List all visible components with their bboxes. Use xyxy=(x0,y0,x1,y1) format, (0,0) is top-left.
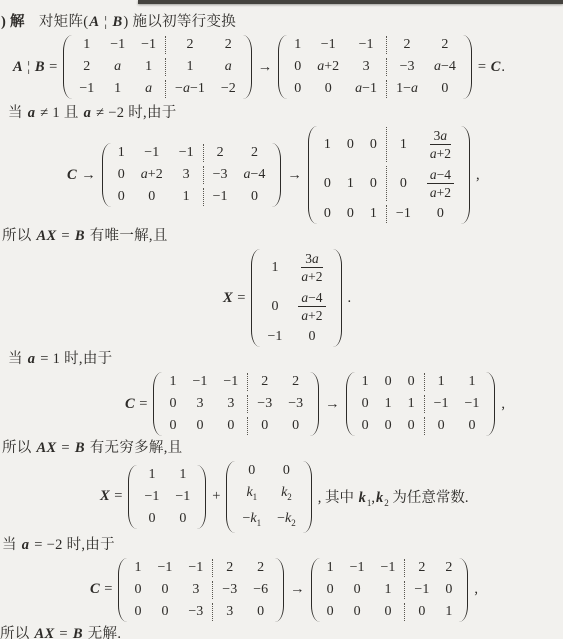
matrix-cell: 1 xyxy=(319,557,342,579)
matrix-body: 1−1−1220a+23−3a−400a−11−a0 xyxy=(286,34,464,100)
fraction: 3aa+2 xyxy=(301,249,322,286)
matrix-cell: −3 xyxy=(280,393,311,415)
matrix-cell: 0 xyxy=(460,415,483,437)
augment-divider xyxy=(203,144,204,162)
equation-text: X = xyxy=(99,488,122,505)
statement-case-a-equals-1: 当 a = 1 时,由于 xyxy=(8,350,563,369)
matrix-cell: −1 xyxy=(351,34,382,56)
matrix-body: 11−1−100 xyxy=(136,464,198,530)
matrix-cell: 2 xyxy=(437,557,460,579)
right-paren xyxy=(486,372,495,436)
matrix-cell: −1 xyxy=(313,34,344,56)
matrix-cell: 0 xyxy=(286,78,309,100)
arrow: → xyxy=(258,59,273,76)
matrix-cell: −2 xyxy=(213,78,244,100)
matrix-cell: 3 xyxy=(175,164,198,186)
matrix-cell: 1−a xyxy=(388,78,426,100)
matrix-cell: −1 xyxy=(102,34,133,56)
matrix-cell: −1 xyxy=(133,34,164,56)
augment-divider xyxy=(424,373,425,391)
matrix: 13aa+20a−4a+2−10 xyxy=(251,248,341,348)
augment-divider xyxy=(212,581,213,599)
matrix-cell: 1 xyxy=(376,579,399,601)
matrix-cell: 3 xyxy=(355,56,378,78)
augment-divider xyxy=(386,166,387,201)
matrix-cell: 0 xyxy=(140,186,163,208)
matrix-body: 13aa+20a−4a+2−10 xyxy=(259,248,333,348)
matrix-cell: 1 xyxy=(377,393,400,415)
equation-text: = C. xyxy=(478,59,505,76)
equation-text: X = xyxy=(222,290,245,307)
matrix: 1−1−122033−3−300000 xyxy=(153,371,319,437)
right-paren xyxy=(333,249,342,347)
matrix-cell: 0 xyxy=(437,579,460,601)
matrix-cell: a−4a+2 xyxy=(290,287,333,326)
matrix-cell: 0 xyxy=(240,460,263,482)
matrix-cell: a−4 xyxy=(426,56,464,78)
matrix-cell: −3 xyxy=(180,601,211,623)
matrix-cell: a+2 xyxy=(133,164,171,186)
augment-divider xyxy=(247,417,248,435)
matrix-cell: 0 xyxy=(161,393,184,415)
matrix-cell: −k1 xyxy=(234,508,269,534)
matrix-cell: 3 xyxy=(219,393,242,415)
matrix-cell: 0 xyxy=(316,203,339,225)
matrix-cell: 2 xyxy=(253,371,276,393)
right-paren xyxy=(461,126,470,224)
augment-divider xyxy=(203,166,204,184)
matrix-cell: 0 xyxy=(429,203,452,225)
matrix-cell: −1 xyxy=(149,557,180,579)
arrow: → xyxy=(325,396,340,413)
matrix-cell: 0 xyxy=(284,415,307,437)
fraction: 3aa+2 xyxy=(430,126,451,163)
statement-unique-solution: 所以 AX = B 有唯一解,且 xyxy=(2,227,563,246)
statement-case-unique: 当 a ≠ 1 且 a ≠ −2 时,由于 xyxy=(8,104,563,123)
matrix-cell: 3aa+2 xyxy=(293,248,330,287)
right-paren xyxy=(303,461,312,533)
matrix-cell: 0 xyxy=(126,579,149,601)
matrix-cell: a−1 xyxy=(347,78,385,100)
matrix-cell: a−4a+2 xyxy=(419,164,462,203)
equation-text: , xyxy=(501,396,505,413)
arrow: → xyxy=(290,581,305,598)
matrix-cell: 1 xyxy=(161,371,184,393)
matrix-cell: −1 xyxy=(167,486,198,508)
matrix-cell: 0 xyxy=(354,415,377,437)
matrix: 1−1−122001−1000001 xyxy=(311,557,469,623)
matrix-cell: 0 xyxy=(253,415,276,437)
matrix-cell: 1 xyxy=(137,56,160,78)
matrix-cell: 0 xyxy=(430,415,453,437)
matrix-cell: a xyxy=(137,78,160,100)
fraction: a−4a+2 xyxy=(298,288,325,325)
matrix: 00k1k2−k1−k2 xyxy=(226,460,311,534)
matrix-cell: 0 xyxy=(400,415,423,437)
matrix-cell: 0 xyxy=(392,173,415,195)
matrix-cell: −k2 xyxy=(269,508,304,534)
matrix-cell: 0 xyxy=(275,460,298,482)
matrix: 10011011−1−100000 xyxy=(346,371,496,437)
matrix-cell: 1 xyxy=(263,257,286,279)
matrix-cell: −1 xyxy=(184,371,215,393)
augment-divider xyxy=(386,58,387,76)
matrix-cell: 0 xyxy=(110,186,133,208)
matrix-cell: 3 xyxy=(184,579,207,601)
matrix-cell: 3 xyxy=(218,601,241,623)
matrix-cell: a+2 xyxy=(309,56,347,78)
matrix: 1−1−1220a+23−3a−400a−11−a0 xyxy=(278,34,472,100)
statement-no-solution: 所以 AX = B 无解. xyxy=(0,625,563,639)
matrix-cell: 0 xyxy=(377,371,400,393)
right-paren xyxy=(463,35,472,99)
matrix-cell: 0 xyxy=(171,508,194,530)
matrix-body: 10011011−1−100000 xyxy=(354,371,488,437)
matrix-cell: 0 xyxy=(410,601,433,623)
matrix-cell: 1 xyxy=(430,371,453,393)
matrix-cell: −3 xyxy=(214,579,245,601)
matrix-cell: 0 xyxy=(362,173,385,195)
solution-label: ) 解 xyxy=(1,14,25,30)
matrix-cell: 2 xyxy=(249,557,272,579)
equation-text: , xyxy=(474,581,478,598)
fraction: a−4a+2 xyxy=(427,165,454,202)
augment-divider xyxy=(386,205,387,223)
matrix-cell: −1 xyxy=(71,78,102,100)
augment-divider xyxy=(212,559,213,577)
augment-divider xyxy=(386,80,387,98)
statement-infinite-solutions: 所以 AX = B 有无穷多解,且 xyxy=(2,439,563,458)
matrix-cell: −1 xyxy=(373,557,404,579)
equation-text: C → xyxy=(66,167,96,184)
matrix-cell: 3aa+2 xyxy=(422,125,459,164)
matrix-cell: 1 xyxy=(175,186,198,208)
augment-divider xyxy=(247,395,248,413)
matrix-cell: 1 xyxy=(126,557,149,579)
augment-divider xyxy=(404,603,405,621)
equation-text: C = xyxy=(89,581,112,598)
augment-divider xyxy=(424,395,425,413)
equation-row-reduction: A ¦ B =1−1−1222a11a−11a−a−1−2→1−1−1220a+… xyxy=(8,34,563,100)
matrix-body: 1−1−122003−3−600−330 xyxy=(126,557,276,623)
matrix-cell: 0 xyxy=(126,601,149,623)
matrix-cell: 2 xyxy=(243,142,266,164)
matrix-cell: 0 xyxy=(433,78,456,100)
right-paren xyxy=(197,465,206,529)
augment-divider xyxy=(247,373,248,391)
right-paren xyxy=(459,558,468,622)
matrix-cell: 1 xyxy=(178,56,201,78)
matrix-cell: 0 xyxy=(317,78,340,100)
augment-divider xyxy=(165,80,166,98)
matrix-cell: −a−1 xyxy=(167,78,213,100)
equation-text: C = xyxy=(124,396,147,413)
matrix-cell: 0 xyxy=(400,371,423,393)
statement-case-a-equals-minus-2: 当 a = −2 时,由于 xyxy=(2,536,563,555)
matrix-cell: 1 xyxy=(316,134,339,156)
matrix-cell: 1 xyxy=(140,464,163,486)
equation-text: , xyxy=(476,167,480,184)
matrix-cell: 0 xyxy=(316,173,339,195)
matrix-cell: 1 xyxy=(354,371,377,393)
matrix-cell: 0 xyxy=(110,164,133,186)
matrix-cell: 1 xyxy=(362,203,385,225)
matrix-cell: 0 xyxy=(346,579,369,601)
matrix-cell: 1 xyxy=(106,78,129,100)
matrix-cell: 0 xyxy=(140,508,163,530)
matrix-cell: 2 xyxy=(209,142,232,164)
matrix-cell: 0 xyxy=(161,415,184,437)
matrix-cell: a xyxy=(106,56,129,78)
matrix-body: 1−1−122033−3−300000 xyxy=(161,371,311,437)
equation-text: , 其中 k1,k2 为任意常数. xyxy=(318,486,469,508)
matrix-cell: −3 xyxy=(249,393,280,415)
matrix-cell: 2 xyxy=(75,56,98,78)
matrix: 1−1−1222a11a−11a−a−1−2 xyxy=(63,34,251,100)
matrix-cell: 0 xyxy=(263,296,286,318)
matrix-cell: −1 xyxy=(136,486,167,508)
augment-divider xyxy=(165,36,166,54)
matrix-cell: 2 xyxy=(410,557,433,579)
matrix-cell: −3 xyxy=(205,164,236,186)
equation-rref-a1: C =1−1−122033−3−300000→10011011−1−100000… xyxy=(120,371,563,437)
matrix-body: 1−1−1220a+23−3a−4001−10 xyxy=(110,142,274,208)
matrix-cell: 0 xyxy=(346,601,369,623)
scanned-solution-page: ) 解对矩阵(A ¦ B) 施以初等行变换 A ¦ B =1−1−1222a11… xyxy=(0,0,563,639)
matrix-cell: 0 xyxy=(286,56,309,78)
matrix-cell: 0 xyxy=(339,203,362,225)
arrow: → xyxy=(287,167,302,184)
matrix-cell: 0 xyxy=(219,415,242,437)
solution-heading: ) 解对矩阵(A ¦ B) 施以初等行变换 xyxy=(1,12,563,32)
right-paren xyxy=(275,558,284,622)
matrix-cell: a−4 xyxy=(236,164,274,186)
matrix-cell: 2 xyxy=(284,371,307,393)
matrix: 11−1−100 xyxy=(128,464,206,530)
matrix-cell: 1 xyxy=(171,464,194,486)
matrix-cell: 1 xyxy=(400,393,423,415)
matrix-cell: 0 xyxy=(376,601,399,623)
matrix-cell: 0 xyxy=(339,134,362,156)
augment-divider xyxy=(165,58,166,76)
matrix-cell: 0 xyxy=(319,601,342,623)
equation-solution-unique: X =13aa+20a−4a+2−10. xyxy=(218,248,563,348)
matrix-cell: 0 xyxy=(377,415,400,437)
equation-text: A ¦ B = xyxy=(12,59,57,76)
matrix-cell: 2 xyxy=(218,557,241,579)
matrix-cell: 1 xyxy=(75,34,98,56)
matrix-cell: 0 xyxy=(354,393,377,415)
matrix: 1−1−122003−3−600−330 xyxy=(118,557,284,623)
matrix-cell: 0 xyxy=(300,326,323,348)
matrix-cell: 0 xyxy=(153,601,176,623)
matrix-cell: −1 xyxy=(205,186,236,208)
augment-divider xyxy=(386,36,387,54)
matrix-cell: −1 xyxy=(171,142,202,164)
scan-artifact-bar xyxy=(138,0,563,4)
augment-divider xyxy=(212,603,213,621)
matrix-cell: 0 xyxy=(249,601,272,623)
matrix-cell: 0 xyxy=(319,579,342,601)
matrix-cell: 0 xyxy=(188,415,211,437)
matrix-cell: −1 xyxy=(215,371,246,393)
matrix-cell: 1 xyxy=(392,134,415,156)
matrix-cell: −1 xyxy=(136,142,167,164)
matrix-body: 1−1−122001−1000001 xyxy=(319,557,461,623)
matrix-cell: 2 xyxy=(433,34,456,56)
matrix-cell: −1 xyxy=(259,326,290,348)
matrix-cell: −1 xyxy=(388,203,419,225)
matrix-cell: −6 xyxy=(245,579,276,601)
equation-solution-infinite: X =11−1−100+00k1k2−k1−k2, 其中 k1,k2 为任意常数… xyxy=(95,460,563,534)
equation-rref-a-minus-2: C =1−1−122003−3−600−330→1−1−122001−10000… xyxy=(85,557,563,623)
equation-text: . xyxy=(348,290,352,307)
equation-text: + xyxy=(212,488,220,505)
augment-divider xyxy=(424,417,425,435)
matrix-cell: a xyxy=(217,56,240,78)
matrix-cell: 1 xyxy=(110,142,133,164)
matrix-cell: −1 xyxy=(342,557,373,579)
right-paren xyxy=(272,143,281,207)
matrix-cell: 2 xyxy=(396,34,419,56)
matrix-cell: k2 xyxy=(273,482,300,508)
right-paren xyxy=(310,372,319,436)
matrix-cell: −1 xyxy=(426,393,457,415)
matrix-cell: −1 xyxy=(406,579,437,601)
matrix-cell: 2 xyxy=(178,34,201,56)
augment-divider xyxy=(404,581,405,599)
matrix: 10013aa+20100a−4a+2001−10 xyxy=(308,125,470,225)
matrix-cell: −1 xyxy=(457,393,488,415)
matrix-cell: 2 xyxy=(217,34,240,56)
matrix: 1−1−1220a+23−3a−4001−10 xyxy=(102,142,282,208)
matrix-cell: −1 xyxy=(180,557,211,579)
matrix-cell: 3 xyxy=(188,393,211,415)
matrix-cell: 0 xyxy=(153,579,176,601)
heading-text: 对矩阵(A ¦ B) 施以初等行变换 xyxy=(39,14,236,30)
matrix-body: 00k1k2−k1−k2 xyxy=(234,460,303,534)
matrix-cell: 1 xyxy=(437,601,460,623)
augment-divider xyxy=(386,127,387,162)
matrix-cell: 1 xyxy=(339,173,362,195)
matrix-cell: 1 xyxy=(460,371,483,393)
matrix-cell: −3 xyxy=(392,56,423,78)
matrix-cell: k1 xyxy=(238,482,265,508)
right-paren xyxy=(243,35,252,99)
matrix-body: 1−1−1222a11a−11a−a−1−2 xyxy=(71,34,243,100)
matrix-cell: 0 xyxy=(362,134,385,156)
matrix-cell: 1 xyxy=(286,34,309,56)
augment-divider xyxy=(203,188,204,206)
equation-rref-unique: C →1−1−1220a+23−3a−4001−10→10013aa+20100… xyxy=(62,125,563,225)
matrix-body: 10013aa+20100a−4a+2001−10 xyxy=(316,125,462,225)
matrix-cell: 0 xyxy=(243,186,266,208)
augment-divider xyxy=(404,559,405,577)
